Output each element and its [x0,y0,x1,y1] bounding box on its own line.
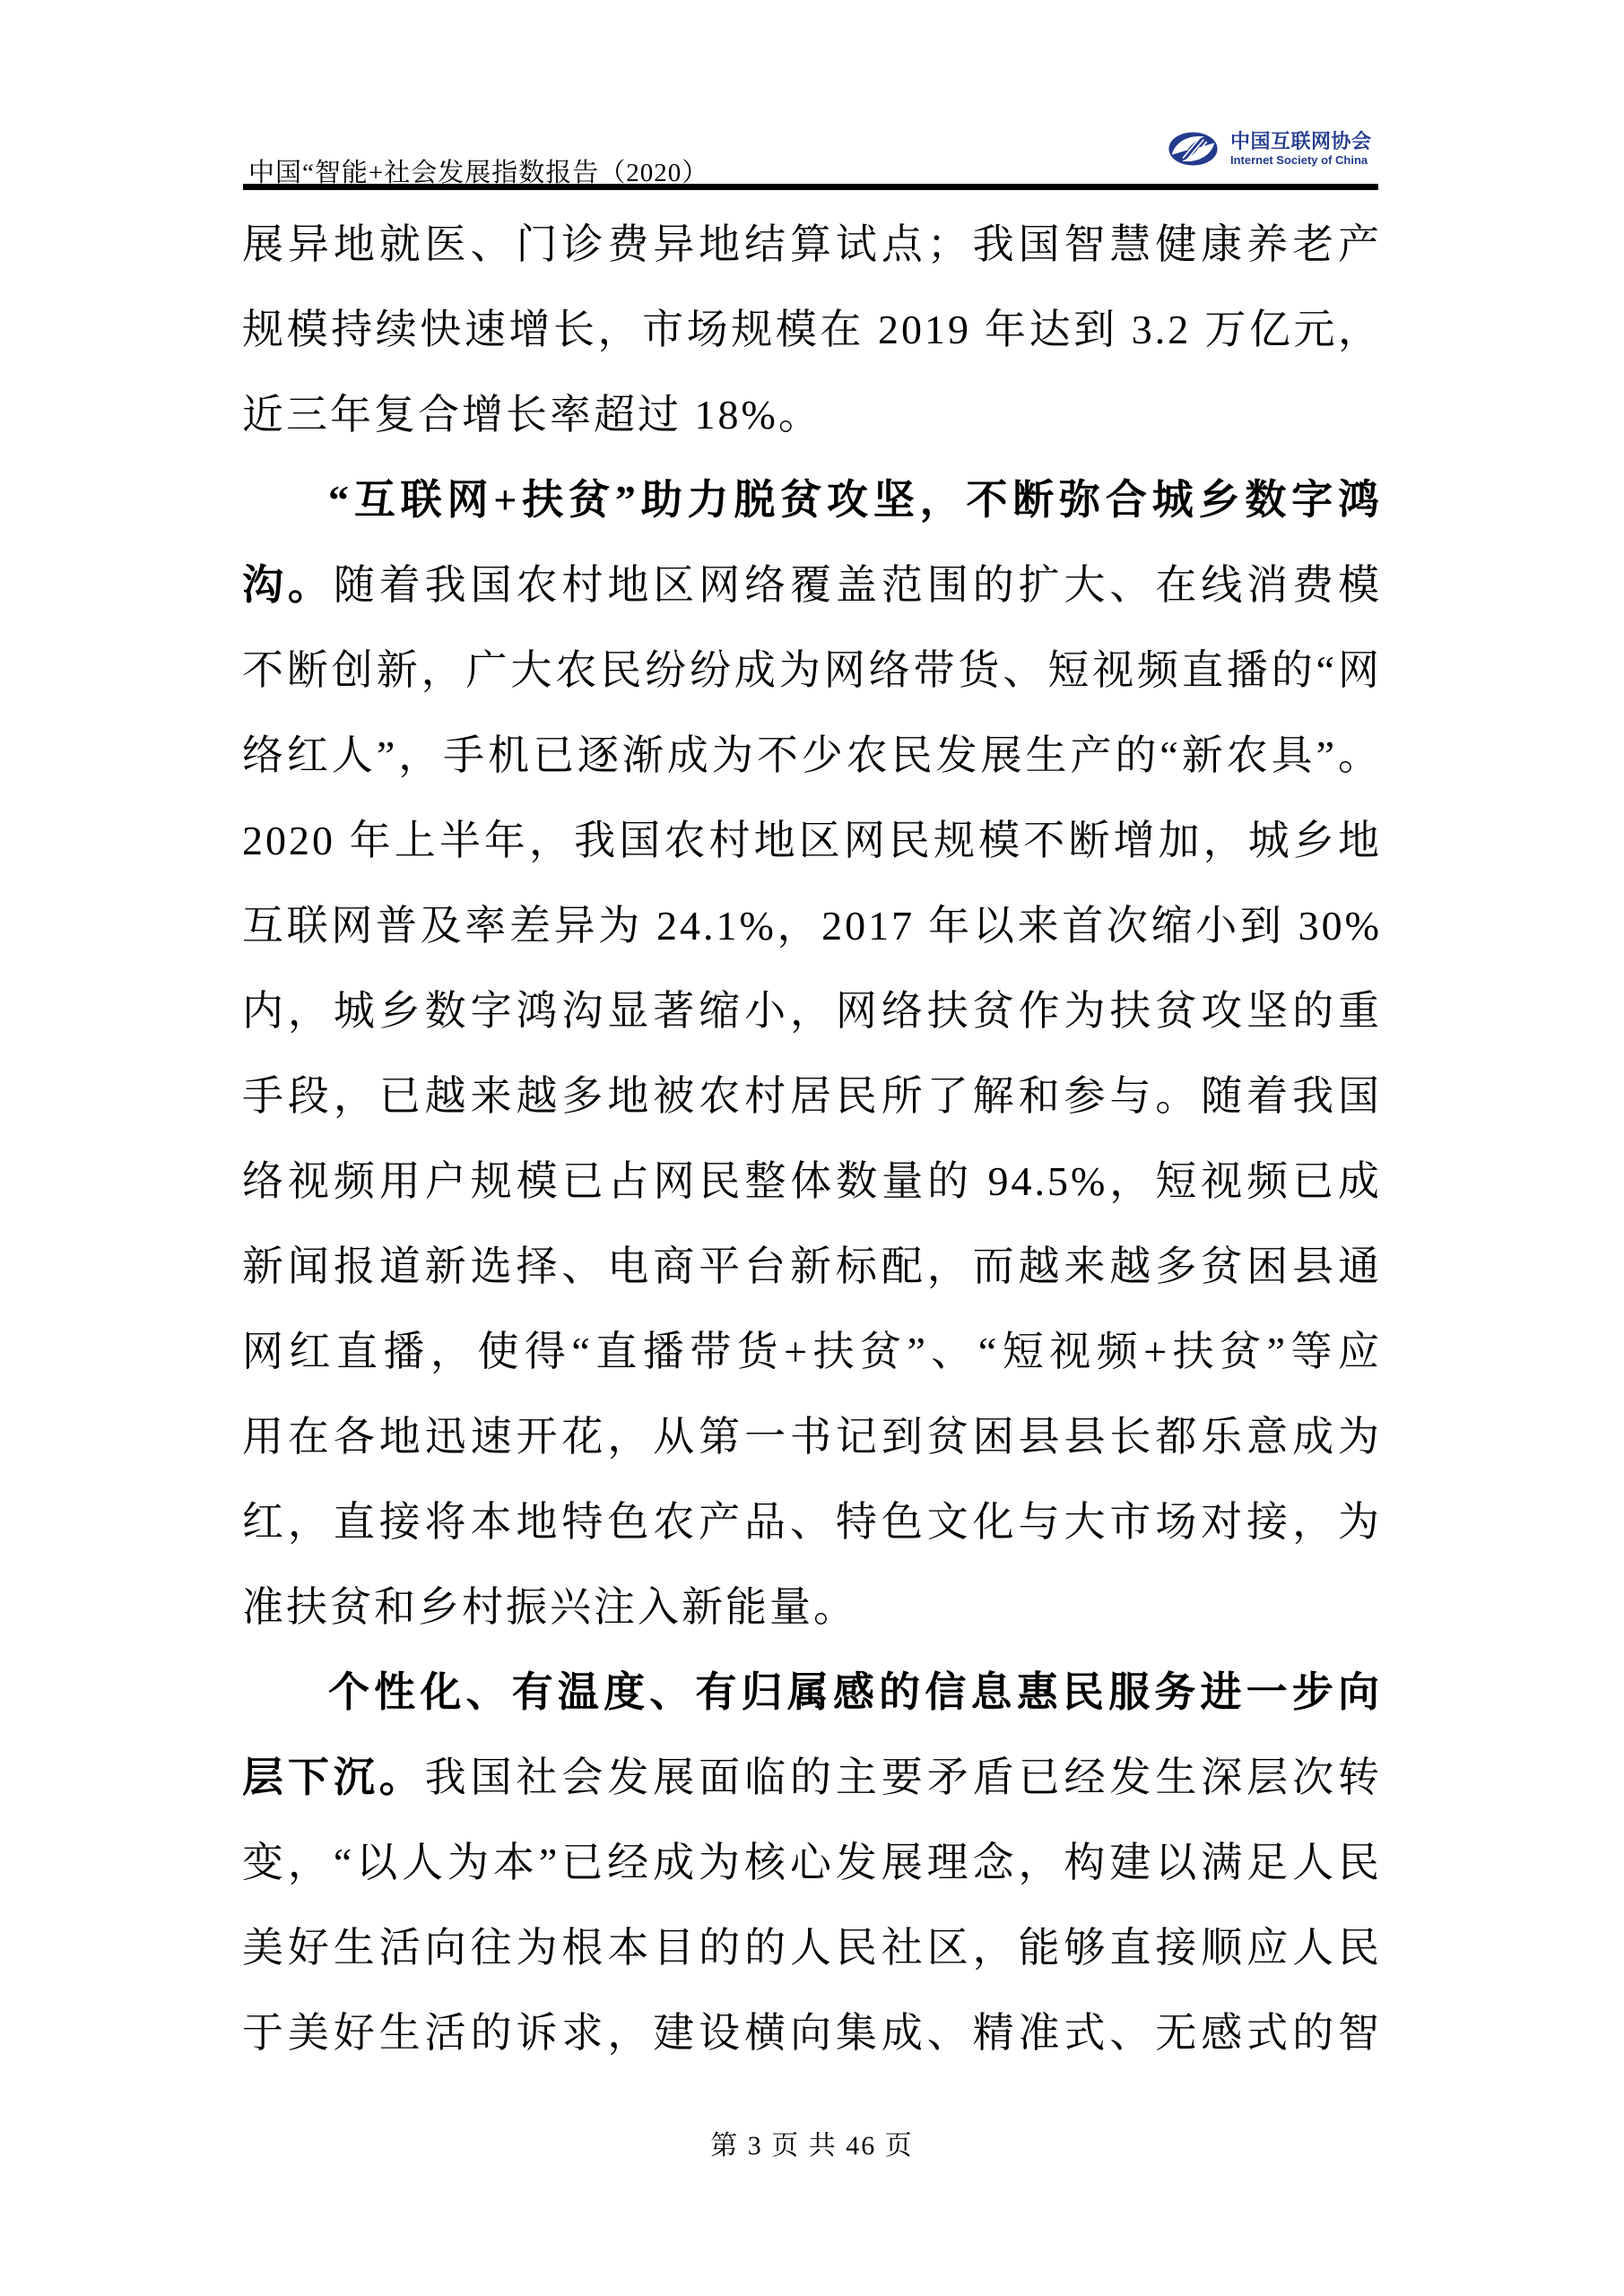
text-segment: 不断创新，广大农民纷纷成为网络带货、短视频直播的“网 [242,647,1382,693]
text-line: 美好生活向往为根本目的的人民社区，能够直接顺应人民对 [242,1905,1382,1990]
text-segment: 准扶贫和乡村振兴注入新能量。 [242,1584,857,1630]
document-page: 中国“智能+社会发展指数报告（2020） 中国互联网协会 Internet So… [0,0,1624,2296]
text-segment: 美好生活向往为根本目的的人民社区，能够直接顺应人民对 [242,1925,1382,1990]
isc-logo-name-en: Internet Society of China [1230,154,1372,166]
text-line: 于美好生活的诉求，建设横向集成、精准式、无感式的智慧 [242,1990,1382,2075]
text-segment: 随着我国农村地区网络覆盖范围的扩大、在线消费模式 [242,562,1382,628]
text-line: 变，“以人为本”已经成为核心发展理念，构建以满足人民 [242,1820,1382,1905]
bold-text-segment: 层下沉。 [242,1754,425,1800]
text-line: 沟。随着我国农村地区网络覆盖范围的扩大、在线消费模式 [242,542,1382,628]
text-segment: 络视频用户规模已占网民整体数量的 94.5%，短视频已成为 [242,1158,1382,1224]
text-segment: 手段，已越来越多地被农村居民所了解和参与。随着我国网 [242,1073,1382,1139]
text-segment: 变，“以人为本”已经成为核心发展理念，构建以满足人民 [242,1840,1382,1885]
text-segment: 近三年复合增长率超过 18%。 [242,392,822,438]
text-line: 展异地就医、门诊费异地结算试点；我国智慧健康养老产业 [242,202,1382,287]
text-segment: 用在各地迅速开花，从第一书记到贫困县县长都乐意成为网 [242,1414,1382,1479]
bold-text-segment: “互联网+扶贫”助力脱贫攻坚，不断弥合城乡数字鸿 [328,477,1382,523]
text-segment: 网红直播，使得“直播带货+扶贫”、“短视频+扶贫”等应 [242,1329,1382,1374]
page-number-label: 第 3 页 共 46 页 [710,2131,914,2161]
text-line: 准扶贫和乡村振兴注入新能量。 [242,1564,1382,1650]
text-segment: 于美好生活的诉求，建设横向集成、精准式、无感式的智慧 [242,2010,1382,2075]
header-divider-rule [243,184,1378,190]
text-line: 用在各地迅速开花，从第一书记到贫困县县长都乐意成为网 [242,1394,1382,1479]
isc-logo-name-cn: 中国互联网协会 [1230,132,1372,152]
isc-logo-wordmark: 中国互联网协会 Internet Society of China [1230,132,1372,166]
text-line: 互联网普及率差异为 24.1%，2017 年以来首次缩小到 30%以 [242,883,1382,968]
text-line: “互联网+扶贫”助力脱贫攻坚，不断弥合城乡数字鸿 [242,457,1382,542]
text-line: 网红直播，使得“直播带货+扶贫”、“短视频+扶贫”等应 [242,1309,1382,1394]
text-line: 近三年复合增长率超过 18%。 [242,372,1382,457]
text-segment: 络红人”，手机已逐渐成为不少农民发展生产的“新农具”。 [242,732,1382,778]
bold-text-segment: 个性化、有温度、有归属感的信息惠民服务进一步向基 [242,1669,1382,1735]
text-segment: 新闻报道新选择、电商平台新标配，而越来越多贫困县通过 [242,1243,1382,1309]
text-segment: 我国社会发展面临的主要矛盾已经发生深层次转 [425,1754,1382,1800]
text-segment: 2020 年上半年，我国农村地区网民规模不断增加，城乡地区 [242,818,1382,883]
text-segment: 内，城乡数字鸿沟显著缩小，网络扶贫作为扶贫攻坚的重要 [242,988,1382,1053]
text-line: 2020 年上半年，我国农村地区网民规模不断增加，城乡地区 [242,798,1382,883]
text-segment: 展异地就医、门诊费异地结算试点；我国智慧健康养老产业 [242,221,1382,287]
isc-logo: 中国互联网协会 Internet Society of China [1168,131,1372,167]
text-line: 红，直接将本地特色农产品、特色文化与大市场对接，为精 [242,1479,1382,1564]
text-segment: 红，直接将本地特色农产品、特色文化与大市场对接，为精 [242,1499,1382,1564]
bold-text-segment: 沟。 [242,562,334,608]
text-line: 规模持续快速增长，市场规模在 2019 年达到 3.2 万亿元， [242,287,1382,372]
text-line: 络视频用户规模已占网民整体数量的 94.5%，短视频已成为 [242,1139,1382,1224]
text-line: 个性化、有温度、有归属感的信息惠民服务进一步向基 [242,1650,1382,1735]
text-segment: 互联网普及率差异为 24.1%，2017 年以来首次缩小到 30%以 [242,903,1382,968]
isc-globe-swirl-icon [1168,131,1219,167]
text-segment: 规模持续快速增长，市场规模在 2019 年达到 3.2 万亿元， [242,307,1382,352]
text-line: 不断创新，广大农民纷纷成为网络带货、短视频直播的“网 [242,628,1382,713]
text-line: 内，城乡数字鸿沟显著缩小，网络扶贫作为扶贫攻坚的重要 [242,968,1382,1053]
text-line: 新闻报道新选择、电商平台新标配，而越来越多贫困县通过 [242,1224,1382,1309]
document-body: 展异地就医、门诊费异地结算试点；我国智慧健康养老产业规模持续快速增长，市场规模在… [242,202,1382,2075]
text-line: 手段，已越来越多地被农村居民所了解和参与。随着我国网 [242,1053,1382,1139]
text-line: 层下沉。我国社会发展面临的主要矛盾已经发生深层次转 [242,1735,1382,1820]
text-line: 络红人”，手机已逐渐成为不少农民发展生产的“新农具”。 [242,713,1382,798]
page-footer: 第 3 页 共 46 页 [0,2123,1624,2162]
